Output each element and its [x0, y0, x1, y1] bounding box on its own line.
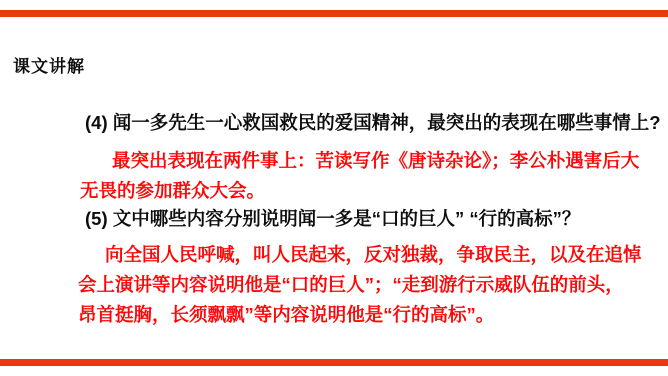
- bottom-accent-bar: [0, 359, 668, 366]
- answer-5-line-2: 会上演讲等内容说明他是“口的巨人”；“走到游行示威队伍的前头，: [78, 271, 624, 297]
- answer-4-line-1: 最突出表现在两件事上：苦读写作《唐诗杂论》；李公朴遇害后大: [112, 147, 639, 173]
- answer-4-line-2: 无畏的参加群众大会。: [80, 177, 265, 203]
- answer-5-line-3: 昂首挺胸，长须飘飘”等内容说明他是“行的高标”。: [78, 301, 494, 327]
- top-accent-bar: [0, 10, 668, 17]
- question-5-line: (5) 文中哪些内容分别说明闻一多是“口的巨人” “行的高标”？: [85, 205, 580, 231]
- answer-5-line-1: 向全国人民呼喊，叫人民起来，反对独裁，争取民主，以及在追悼: [105, 241, 642, 267]
- question-4-line: (4) 闻一多先生一心救国救民的爱国精神，最突出的表现在哪些事情上?: [85, 109, 661, 135]
- section-label: 课文讲解: [13, 52, 85, 77]
- lesson-slide: 课文讲解 (4) 闻一多先生一心救国救民的爱国精神，最突出的表现在哪些事情上? …: [0, 0, 668, 376]
